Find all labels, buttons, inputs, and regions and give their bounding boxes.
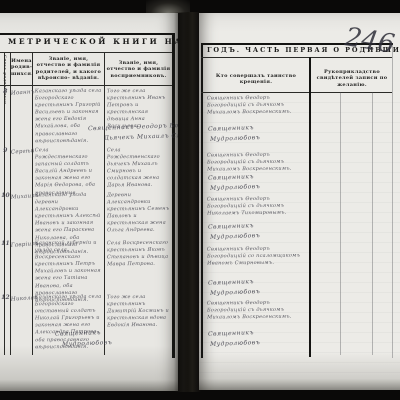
table-border-top: [0, 33, 174, 35]
row-name: Николай: [11, 295, 32, 304]
column-header-count: Счетъ родившихся.: [2, 55, 8, 106]
row-number: 11: [1, 240, 10, 247]
row-number: 8: [1, 88, 10, 95]
officiant-entry: Священникъ Ѳеодоръ Богородицкій съ дьячк…: [207, 151, 306, 173]
column-header-parents: Званіе, имя, отчество и фамилія родителе…: [35, 56, 102, 82]
row-number: 10: [1, 192, 10, 199]
table-border-right: [392, 43, 393, 358]
column-subrule-2: [372, 92, 373, 355]
row-parents-entry: Села Рождественскаго запасный солдатъ Ва…: [35, 147, 103, 197]
row-godparents-entry: Того же села крестьянинъ Димитрій Космин…: [107, 294, 171, 330]
table-rule-under-headers: [201, 92, 392, 93]
row-godparents-entry: Деревни Александровки крестьянинъ Семенъ…: [107, 192, 171, 235]
row-name: Гавріилъ: [11, 241, 32, 250]
officiant-entry: Священникъ Ѳеодоръ Богородицкій съ дьячк…: [207, 94, 306, 116]
row-name: Иоаннъ: [11, 89, 32, 98]
left-page: МЕТРИЧЕСКОЙ КНИГИ НА 186 Счетъ родившихс…: [0, 13, 178, 391]
column-rule-parents-right: [104, 52, 105, 355]
clerk-signature: Дьячекъ Михаилъ Смирновъ: [104, 131, 178, 142]
officiant-entry: Священникъ Ѳеодоръ Богородицкій со псало…: [207, 245, 306, 267]
row-name: Михаилъ: [11, 193, 32, 202]
column-rule-officiant-right: [309, 57, 311, 357]
book-fold: [174, 12, 201, 392]
column-header-officiant: Кто совершалъ таинство крещенія.: [207, 73, 305, 86]
table-rule-under-headers: [0, 85, 174, 86]
row-number: 9: [1, 147, 10, 154]
row-godparents-entry: Села Рождественскаго дьячекъ Михаилъ Сми…: [107, 147, 171, 190]
column-header-godparents: Званіе, имя, отчество и фамилія восприем…: [106, 60, 171, 79]
table-rule-under-title: [201, 57, 392, 58]
table-rule-under-title: [0, 52, 174, 53]
table-border-left: [201, 43, 203, 358]
column-header-names: Имена родив- шихся.: [11, 58, 32, 77]
row-name: Сергѣй: [11, 148, 32, 157]
row-number: 12: [1, 294, 10, 301]
column-header-witness: Рукоприкладство свидѣтелей записи по жел…: [315, 69, 389, 88]
left-page-title: МЕТРИЧЕСКОЙ КНИГИ НА 186: [8, 37, 168, 46]
column-rule-names-right: [32, 52, 33, 355]
officiant-entry: Священникъ Ѳеодоръ Богородицкій съ дьячк…: [207, 299, 306, 321]
page-number: 246: [343, 22, 397, 59]
column-subrule-1: [340, 92, 341, 355]
right-page: ГОДЪ. ЧАСТЬ ПЕРВАЯ О РОДИВШИХСЯ 246 Кто …: [199, 13, 400, 390]
metrical-book-scan: МЕТРИЧЕСКОЙ КНИГИ НА 186 Счетъ родившихс…: [0, 0, 400, 400]
row-parents-entry: Казанскаго уѣзда села Богородскаго крест…: [35, 88, 103, 145]
row-godparents-entry: Села Воскресенскаго крестьянинъ Яковъ Ст…: [107, 240, 171, 269]
officiant-entry: Священникъ Ѳеодоръ Богородицкій съ дьячк…: [207, 195, 306, 217]
